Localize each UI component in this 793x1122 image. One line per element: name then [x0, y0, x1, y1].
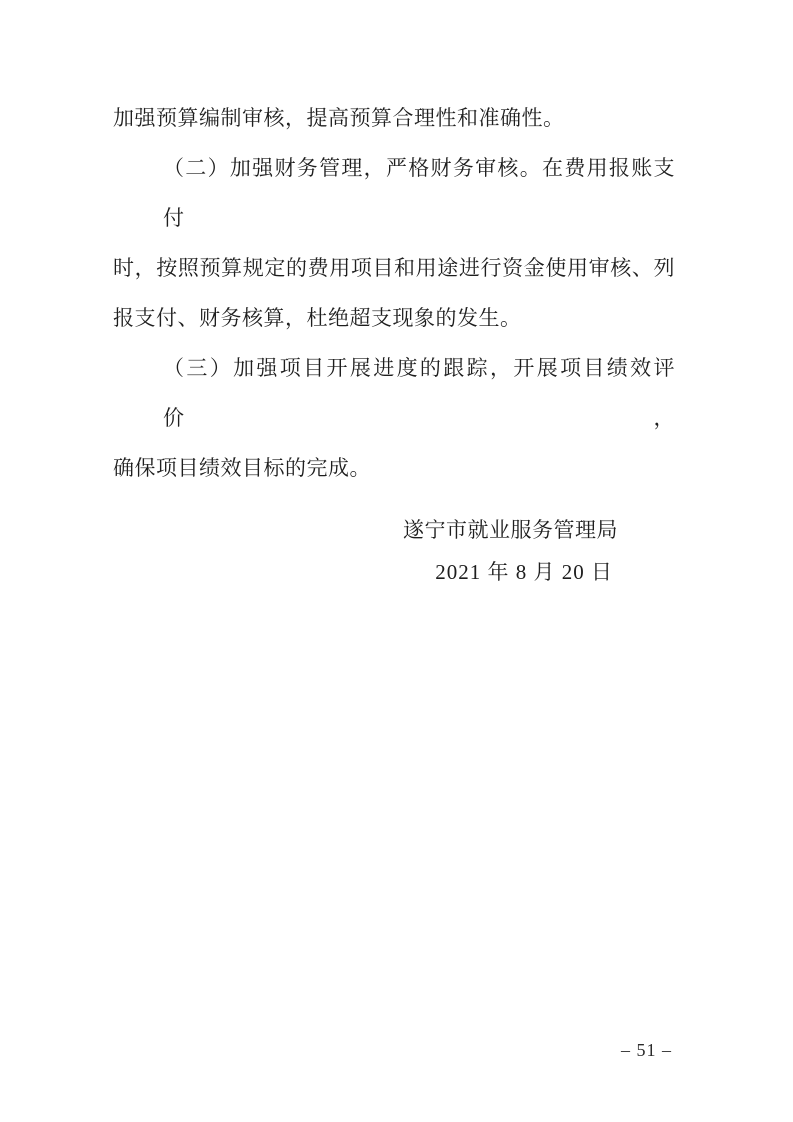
document-content: 加强预算编制审核，提高预算合理性和准确性。 （二）加强财务管理，严格财务审核。在… — [0, 0, 793, 593]
document-page: 加强预算编制审核，提高预算合理性和准确性。 （二）加强财务管理，严格财务审核。在… — [0, 0, 793, 1122]
body-line: 确保项目绩效目标的完成。 — [113, 443, 675, 493]
body-paragraphs: 加强预算编制审核，提高预算合理性和准确性。 （二）加强财务管理，严格财务审核。在… — [113, 93, 675, 493]
body-line: （三）加强项目开展进度的跟踪，开展项目绩效评价， — [113, 343, 675, 443]
body-line: 报支付、财务核算，杜绝超支现象的发生。 — [113, 293, 675, 343]
body-line: 加强预算编制审核，提高预算合理性和准确性。 — [113, 93, 675, 143]
signature-block: 遂宁市就业服务管理局 2021 年 8 月 20 日 — [113, 509, 675, 593]
signature-date: 2021 年 8 月 20 日 — [113, 551, 675, 593]
page-number: – 51 – — [621, 1038, 672, 1062]
body-line: （二）加强财务管理，严格财务审核。在费用报账支付 — [113, 143, 675, 243]
signature-organization: 遂宁市就业服务管理局 — [113, 509, 675, 551]
body-line: 时，按照预算规定的费用项目和用途进行资金使用审核、列 — [113, 243, 675, 293]
